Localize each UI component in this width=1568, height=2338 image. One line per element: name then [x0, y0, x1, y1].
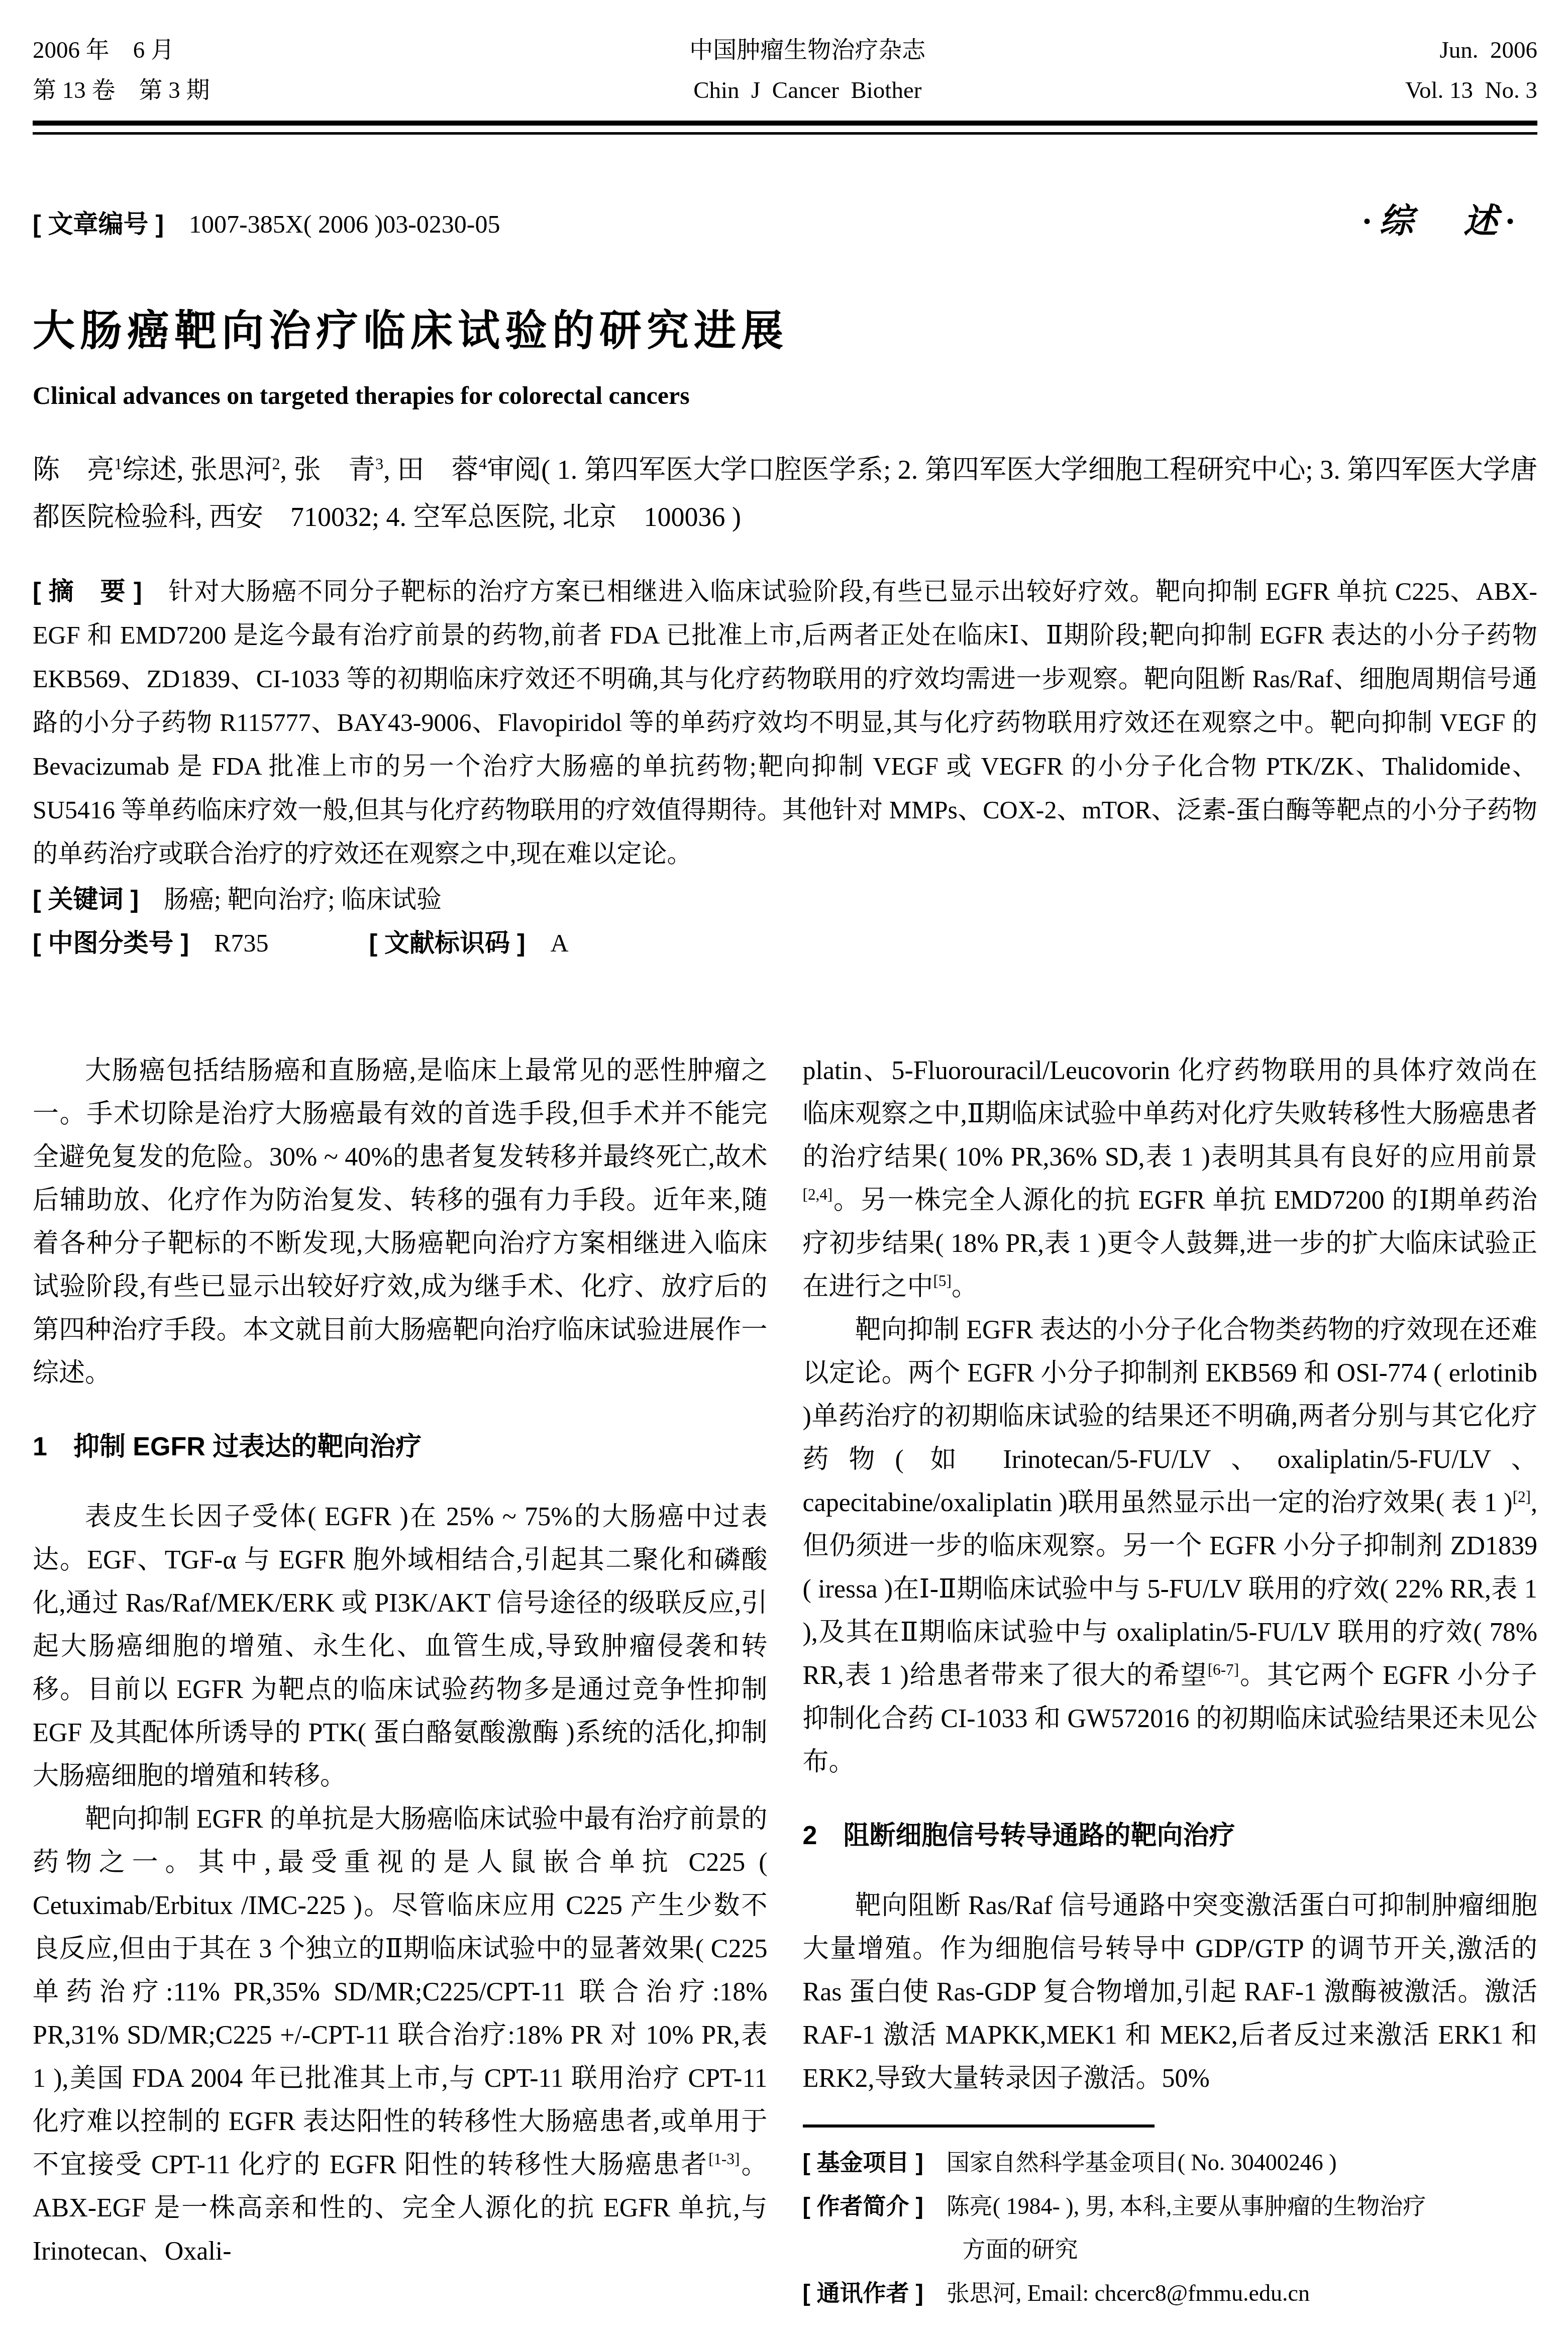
section-1-paragraph-2: 靶向抑制 EGFR 的单抗是大肠癌临床试验中最有治疗前景的药物之一。其中,最受重… — [33, 1798, 768, 2273]
section-1-heading: 1 抑制 EGFR 过表达的靶向治疗 — [33, 1425, 768, 1468]
journal-date-en: Jun. 2006 — [1405, 30, 1537, 70]
journal-date-cn: 2006 年 6 月 — [33, 30, 210, 70]
column-category-mark: ·综 述· — [1363, 194, 1537, 243]
section-1-paragraph-2-continued: platin、5-Fluorouracil/Leucovorin 化疗药物联用的… — [803, 1049, 1538, 1309]
article-title-cn: 大肠癌靶向治疗临床试验的研究进展 — [33, 297, 1537, 358]
footnotes: [ 基金项目 ] 国家自然科学基金项目( No. 30400246 )[ 作者简… — [803, 2141, 1538, 2315]
abstract: [ 摘 要 ] 针对大肠癌不同分子靶标的治疗方案已相继进入临床试验阶段,有些已显… — [33, 570, 1537, 876]
footnote-corresponding-author: [ 通讯作者 ] 张思河, Email: chcerc8@fmmu.edu.cn — [803, 2271, 1538, 2315]
article-number-line: [ 文章编号 ] 1007-385X( 2006 )03-0230-05 — [33, 204, 500, 240]
journal-header-right: Jun. 2006 Vol. 13 No. 3 — [1405, 30, 1537, 111]
article-number-value: 1007-385X( 2006 )03-0230-05 — [164, 210, 500, 238]
right-column: platin、5-Fluorouracil/Leucovorin 化疗药物联用的… — [803, 1049, 1538, 2315]
footnote-author-bio-continued: 方面的研究 — [803, 2228, 1538, 2271]
intro-paragraph: 大肠癌包括结肠癌和直肠癌,是临床上最常见的恶性肿瘤之一。手术切除是治疗大肠癌最有… — [33, 1049, 768, 1395]
footnote-fund: [ 基金项目 ] 国家自然科学基金项目( No. 30400246 ) — [803, 2141, 1538, 2184]
header-double-rule — [33, 121, 1537, 135]
left-column: 大肠癌包括结肠癌和直肠癌,是临床上最常见的恶性肿瘤之一。手术切除是治疗大肠癌最有… — [33, 1049, 768, 2315]
journal-header-center: 中国肿瘤生物治疗杂志 Chin J Cancer Biother — [689, 30, 925, 111]
section-1-paragraph-1: 表皮生长因子受体( EGFR )在 25% ~ 75%的大肠癌中过表达。EGF、… — [33, 1496, 768, 1798]
body-columns: 大肠癌包括结肠癌和直肠癌,是临床上最常见的恶性肿瘤之一。手术切除是治疗大肠癌最有… — [33, 1049, 1537, 2315]
journal-title-cn: 中国肿瘤生物治疗杂志 — [689, 30, 925, 70]
journal-header: 2006 年 6 月 第 13 卷 第 3 期 中国肿瘤生物治疗杂志 Chin … — [33, 30, 1537, 111]
section-2-paragraph-1: 靶向阻断 Ras/Raf 信号通路中突变激活蛋白可抑制肿瘤细胞大量增殖。作为细胞… — [803, 1884, 1538, 2100]
meta-row: [ 文章编号 ] 1007-385X( 2006 )03-0230-05 ·综 … — [33, 194, 1537, 243]
journal-volume-en: Vol. 13 No. 3 — [1405, 70, 1537, 111]
journal-title-en: Chin J Cancer Biother — [689, 70, 925, 111]
article-number-label: [ 文章编号 ] — [33, 210, 164, 238]
journal-header-left: 2006 年 6 月 第 13 卷 第 3 期 — [33, 30, 210, 111]
authors-line: 陈 亮1综述, 张思河2, 张 青3, 田 蓉4审阅( 1. 第四军医大学口腔医… — [33, 446, 1537, 541]
footnote-author-bio: [ 作者简介 ] 陈亮( 1984- ), 男, 本科,主要从事肿瘤的生物治疗 — [803, 2184, 1538, 2228]
footnote-separator — [803, 2124, 1155, 2128]
section-1-paragraph-3: 靶向抑制 EGFR 表达的小分子化合物类药物的疗效现在还难以定论。两个 EGFR… — [803, 1309, 1538, 1784]
keywords-line: [ 关键词 ] 肠癌; 靶向治疗; 临床试验 — [33, 878, 1537, 921]
left-column-paragraphs: 大肠癌包括结肠癌和直肠癌,是临床上最常见的恶性肿瘤之一。手术切除是治疗大肠癌最有… — [33, 1049, 768, 2273]
clc-line: [ 中图分类号 ] R735 [ 文献标识码 ] A — [33, 921, 1537, 965]
journal-page: 2006 年 6 月 第 13 卷 第 3 期 中国肿瘤生物治疗杂志 Chin … — [0, 0, 1568, 2338]
article-title-en: Clinical advances on targeted therapies … — [33, 381, 1537, 410]
right-column-paragraphs: platin、5-Fluorouracil/Leucovorin 化疗药物联用的… — [803, 1049, 1538, 2100]
section-2-heading: 2 阻断细胞信号转导通路的靶向治疗 — [803, 1814, 1538, 1857]
journal-volume-cn: 第 13 卷 第 3 期 — [33, 70, 210, 111]
